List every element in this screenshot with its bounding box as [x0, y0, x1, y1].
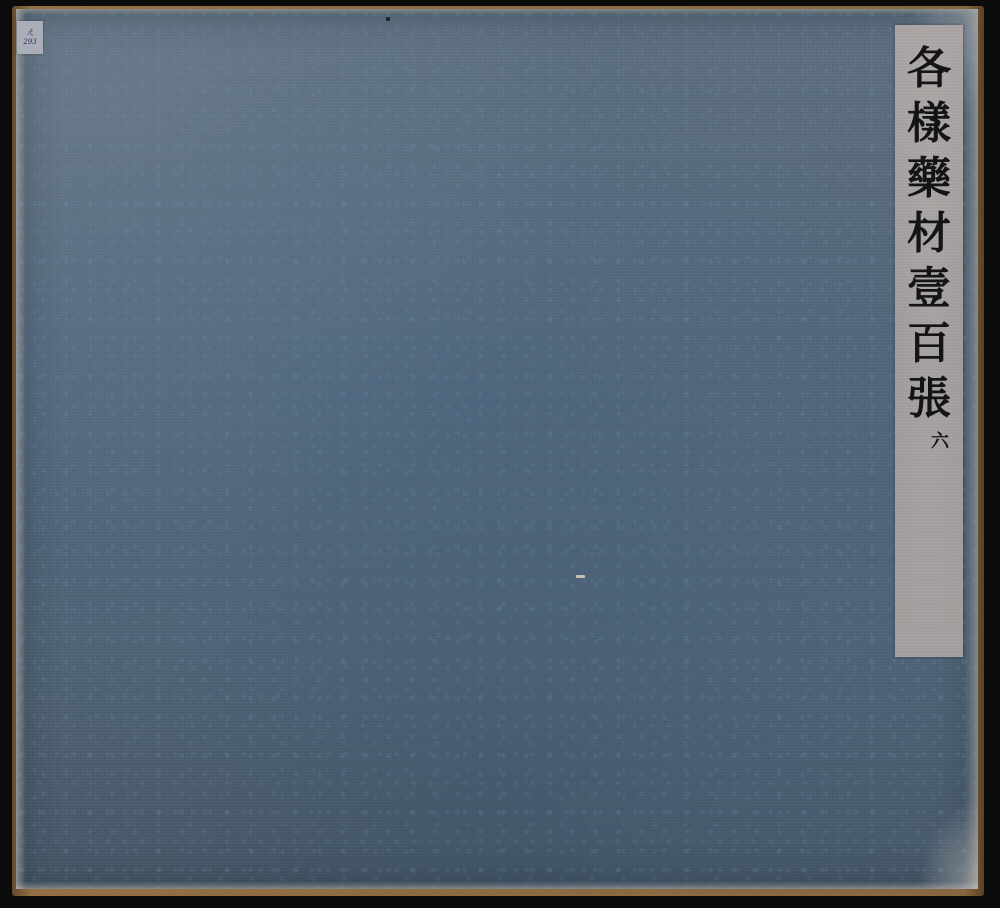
paper-speck — [386, 17, 390, 21]
worn-bottom-edge — [16, 881, 978, 889]
title-slip: 各 樣 藥 材 壹 百 張 六 — [895, 25, 963, 657]
catalog-sticker-line1: え — [26, 29, 34, 37]
title-char: 材 — [907, 212, 951, 267]
photo-stage: え 293 各 樣 藥 材 壹 百 張 六 — [0, 0, 1000, 908]
volume-mark: 六 — [931, 427, 949, 453]
worn-left-edge — [16, 9, 26, 889]
title-text: 各 樣 藥 材 壹 百 張 — [895, 47, 963, 432]
title-char: 樣 — [907, 102, 951, 157]
title-char: 各 — [907, 47, 951, 102]
catalog-sticker-line2: 293 — [23, 39, 36, 46]
worn-right-edge — [964, 9, 978, 889]
title-char: 張 — [907, 377, 951, 432]
book-cover — [16, 9, 978, 889]
worn-corner-bottom-right — [918, 799, 978, 889]
title-char: 藥 — [907, 157, 951, 212]
worn-top-edge — [16, 9, 978, 15]
catalog-sticker: え 293 — [17, 21, 43, 54]
title-char: 壹 — [907, 267, 951, 322]
paper-speck — [576, 575, 585, 578]
title-char: 百 — [907, 322, 951, 377]
